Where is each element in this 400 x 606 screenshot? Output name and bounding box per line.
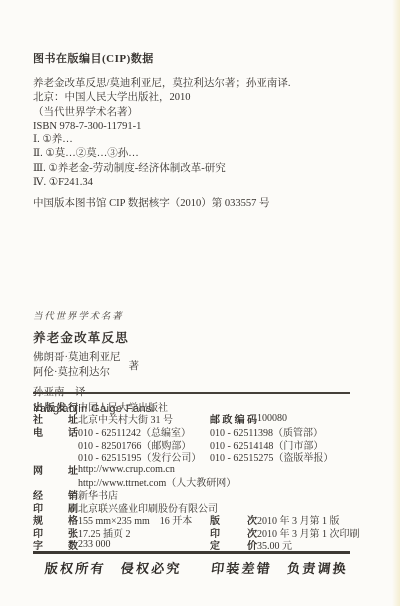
postal-code: 100080 [257, 413, 287, 424]
pub-value: 233 000 [78, 539, 210, 550]
pub-label: 网址 [33, 462, 78, 477]
author-names: 佛朗哥·莫迪利亚尼 阿伦·莫拉利达尔 [33, 351, 121, 380]
author-name: 阿伦·莫拉利达尔 [33, 366, 121, 381]
website-url: http://www.crup.com.cn [78, 464, 175, 475]
pub-label: 电话 [33, 424, 78, 439]
cip-description: 养老金改革反思/莫迪利亚尼，莫拉利达尔著；孙亚南译. 北京：中国人民大学出版社，… [33, 77, 291, 134]
divider-rule-bottom [33, 551, 350, 554]
pub-row-sheets: 印张 17.25 插页 2 印次 2010 年 3 月第 1 次印刷 [33, 526, 383, 539]
pub-row-wordcount: 字数 233 000 定价 35.00 元 [33, 539, 383, 552]
author-role: 著 [129, 358, 140, 373]
phone-number: 010 - 62515195（发行公司） [78, 449, 210, 464]
cip-description-line: （当代世界学术名著） [33, 106, 291, 120]
pub-row-phone: 010 - 62515195（发行公司） 010 - 62515275（盗版举报… [33, 450, 383, 463]
authors-row: 佛朗哥·莫迪利亚尼 阿伦·莫拉利达尔 著 [33, 351, 155, 380]
phone-number: 010 - 62515275（盗版举报） [210, 449, 333, 464]
classification-line: Ⅰ. ①养… [33, 133, 226, 147]
copyright-notice-left: 版权所有 侵权必究 [44, 561, 182, 576]
cip-classification: Ⅰ. ①养… Ⅱ. ①莫…②莫…③孙… Ⅲ. ①养老金-劳动制度-经济体制改革-… [33, 133, 226, 191]
cip-record-number: 中国版本图书馆 CIP 数据核字（2010）第 033557 号 [33, 195, 269, 210]
cip-header: 图书在版编目(CIP)数据 [33, 50, 154, 66]
classification-line: Ⅲ. ①养老金-劳动制度-经济体制改革-研究 [33, 162, 226, 176]
copyright-notice: 版权所有 侵权必究 印装差错 负责调换 [44, 558, 349, 577]
publisher-info-table: 出版发行 中国人民大学出版社 社址 北京中关村大街 31 号 邮政编码 1000… [33, 400, 383, 551]
copyright-page: 图书在版编目(CIP)数据 养老金改革反思/莫迪利亚尼，莫拉利达尔著；孙亚南译.… [0, 0, 400, 606]
divider-rule-top [33, 392, 350, 394]
pub-value: 17.25 插页 2 [78, 525, 210, 540]
classification-line: Ⅱ. ①莫…②莫…③孙… [33, 147, 226, 161]
cip-description-line: 养老金改革反思/莫迪利亚尼，莫拉利达尔著；孙亚南译. [33, 77, 291, 91]
copyright-notice-right: 印装差错 负责调换 [210, 561, 348, 576]
classification-line: Ⅳ. ①F241.34 [33, 176, 226, 190]
series-title: 当代世界学术名著 [33, 308, 155, 322]
cip-description-line: 北京：中国人民大学出版社，2010 [33, 91, 291, 105]
book-title: 养老金改革反思 [33, 328, 155, 346]
author-name: 佛朗哥·莫迪利亚尼 [33, 351, 121, 366]
